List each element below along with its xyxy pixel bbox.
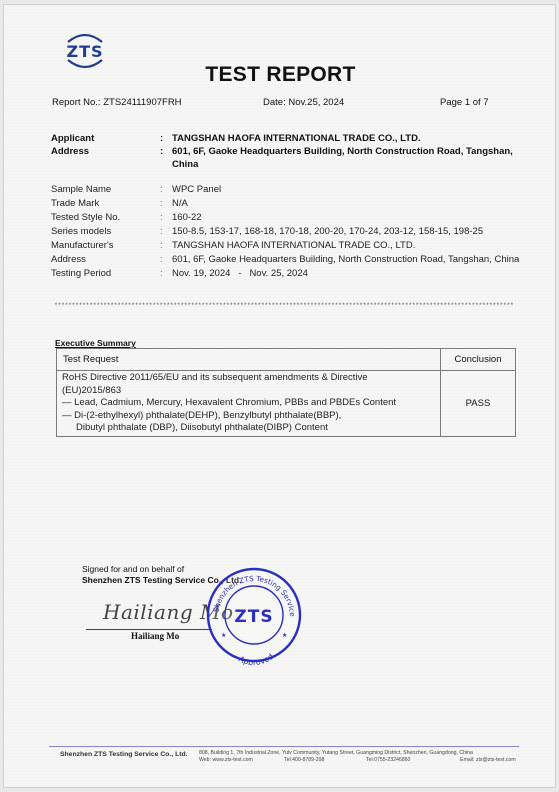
approved-stamp-icon: Shenzhen ZTS Testing Service Co., Ltd. Z… xyxy=(204,565,304,665)
field-separator: : xyxy=(160,211,172,225)
footer-web: Web: www.zts-test.com xyxy=(199,757,284,764)
series-models-row: Series models : 150-8.5, 153-17, 168-18,… xyxy=(51,225,541,239)
applicant-row: Applicant : TANGSHAN HAOFA INTERNATIONAL… xyxy=(51,132,541,145)
svg-text:★: ★ xyxy=(282,632,287,639)
report-number: Report No.: ZTS24111907FRH xyxy=(52,97,182,108)
footer-tel1: Tel:400-8789-298 xyxy=(284,757,366,764)
field-separator: : xyxy=(160,145,172,171)
field-value: 160-22 xyxy=(172,211,541,225)
manufacturer-row: Manufacturer's : TANGSHAN HAOFA INTERNAT… xyxy=(51,239,541,253)
signature-line xyxy=(86,629,212,630)
trade-mark-row: Trade Mark : N/A xyxy=(51,197,541,211)
field-value: 150-8.5, 153-17, 168-18, 170-18, 200-20,… xyxy=(172,225,541,239)
signatory-name: Hailiang Mo xyxy=(131,631,179,641)
table-header-row: Test Request Conclusion xyxy=(57,349,516,371)
field-label: Tested Style No. xyxy=(51,211,160,225)
manufacturer-address-row: Address : 601, 6F, Gaoke Headquarters Bu… xyxy=(51,253,541,267)
report-title: TEST REPORT xyxy=(4,63,557,87)
request-line: (EU)2015/863 xyxy=(62,385,434,398)
field-value: 601, 6F, Gaoke Headquarters Building, No… xyxy=(172,253,541,267)
tested-style-row: Tested Style No. : 160-22 xyxy=(51,211,541,225)
field-label: Testing Period xyxy=(51,267,160,281)
footer-contact-row: Web: www.zts-test.com Tel:400-8789-298 T… xyxy=(199,757,516,764)
applicant-address-value: 601, 6F, Gaoke Headquarters Building, No… xyxy=(172,145,541,171)
sample-name-row: Sample Name : WPC Panel xyxy=(51,183,541,197)
footer-email: Email: zts@zts-test.com xyxy=(460,757,516,764)
field-value: Nov. 19, 2024 - Nov. 25, 2024 xyxy=(172,267,541,281)
field-label: Sample Name xyxy=(51,183,160,197)
field-label: Series models xyxy=(51,225,160,239)
request-line: RoHS Directive 2011/65/EU and its subseq… xyxy=(62,372,434,385)
field-separator: : xyxy=(160,197,172,211)
applicant-address-row: Address : 601, 6F, Gaoke Headquarters Bu… xyxy=(51,145,541,171)
conclusion-cell: PASS xyxy=(441,371,516,437)
executive-summary-table: Test Request Conclusion RoHS Directive 2… xyxy=(56,348,516,437)
footer-tel2: Tel:0755-23246860 xyxy=(366,757,460,764)
field-separator: : xyxy=(160,183,172,197)
testing-period-row: Testing Period : Nov. 19, 2024 - Nov. 25… xyxy=(51,267,541,281)
field-label: Manufacturer's xyxy=(51,239,160,253)
field-separator: : xyxy=(160,225,172,239)
applicant-block: Applicant : TANGSHAN HAOFA INTERNATIONAL… xyxy=(51,132,541,171)
stamp-center-text: ZTS xyxy=(234,607,273,627)
column-header-conclusion: Conclusion xyxy=(441,349,516,371)
svg-text:★: ★ xyxy=(221,632,226,639)
footer-address: 808, Building 1, 7th Industrial Zone, Yu… xyxy=(199,750,516,757)
executive-summary-heading: Executive Summary xyxy=(55,338,136,348)
field-label: Address xyxy=(51,145,160,171)
field-separator: : xyxy=(160,253,172,267)
table-row: RoHS Directive 2011/65/EU and its subseq… xyxy=(57,371,516,437)
svg-text:ZTS: ZTS xyxy=(66,42,103,61)
footer-company: Shenzhen ZTS Testing Service Co., Ltd. xyxy=(60,751,188,758)
field-label: Address xyxy=(51,253,160,267)
report-page: ZTS TEST REPORT Report No.: ZTS24111907F… xyxy=(3,4,556,788)
field-value: WPC Panel xyxy=(172,183,541,197)
report-date: Date: Nov.25, 2024 xyxy=(263,97,344,108)
page-indicator: Page 1 of 7 xyxy=(440,97,489,108)
field-label: Applicant xyxy=(51,132,160,145)
applicant-value: TANGSHAN HAOFA INTERNATIONAL TRADE CO., … xyxy=(172,132,541,145)
field-label: Trade Mark xyxy=(51,197,160,211)
field-separator: : xyxy=(160,239,172,253)
field-value: TANGSHAN HAOFA INTERNATIONAL TRADE CO., … xyxy=(172,239,541,253)
field-separator: : xyxy=(160,267,172,281)
asterisk-separator: ****************************************… xyxy=(54,302,514,309)
sample-info-block: Sample Name : WPC Panel Trade Mark : N/A… xyxy=(51,183,541,281)
test-request-cell: RoHS Directive 2011/65/EU and its subseq… xyxy=(57,371,441,437)
request-line: — Lead, Cadmium, Mercury, Hexavalent Chr… xyxy=(62,397,434,410)
request-line: — Di-(2-ethylhexyl) phthalate(DEHP), Ben… xyxy=(62,410,434,423)
footer-contact: 808, Building 1, 7th Industrial Zone, Yu… xyxy=(199,750,516,764)
field-separator: : xyxy=(160,132,172,145)
field-value: N/A xyxy=(172,197,541,211)
column-header-test-request: Test Request xyxy=(57,349,441,371)
footer-divider xyxy=(49,746,519,747)
request-line: Dibutyl phthalate (DBP), Diisobutyl phth… xyxy=(62,422,434,435)
